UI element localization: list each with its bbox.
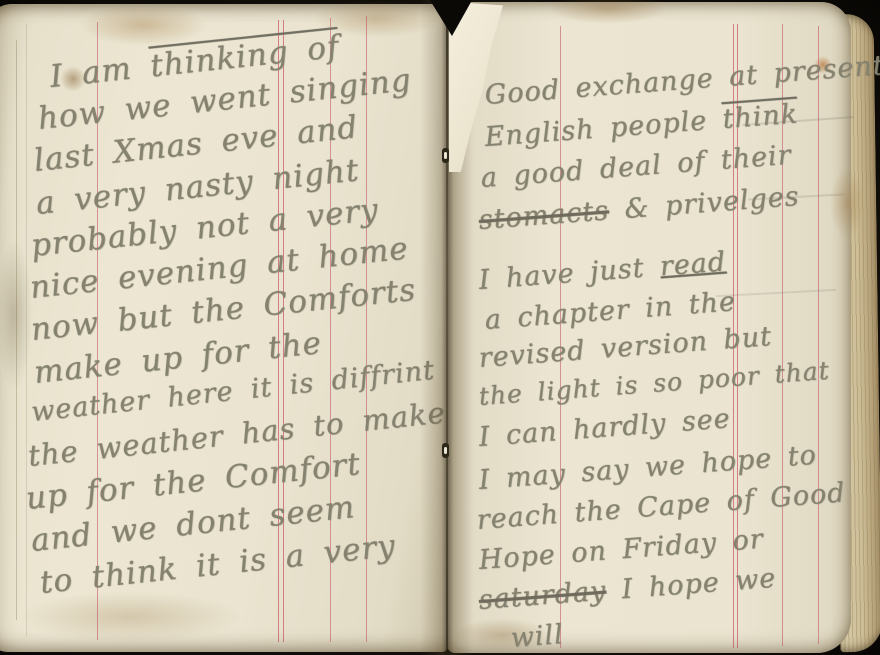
handwritten-text-segment: read <box>659 247 727 283</box>
binding-seam <box>446 0 448 655</box>
left-edge-crease <box>26 24 27 636</box>
binding-stitch <box>442 148 449 163</box>
left-edge-crease <box>16 40 17 620</box>
photo-of-open-diary: I am thinking of how we went singing las… <box>0 0 880 655</box>
handwritten-text-segment: will <box>510 619 565 654</box>
binding-stitch <box>442 443 449 458</box>
handwritten-line: will <box>510 619 565 654</box>
handwritten-text-segment: think <box>721 99 799 136</box>
